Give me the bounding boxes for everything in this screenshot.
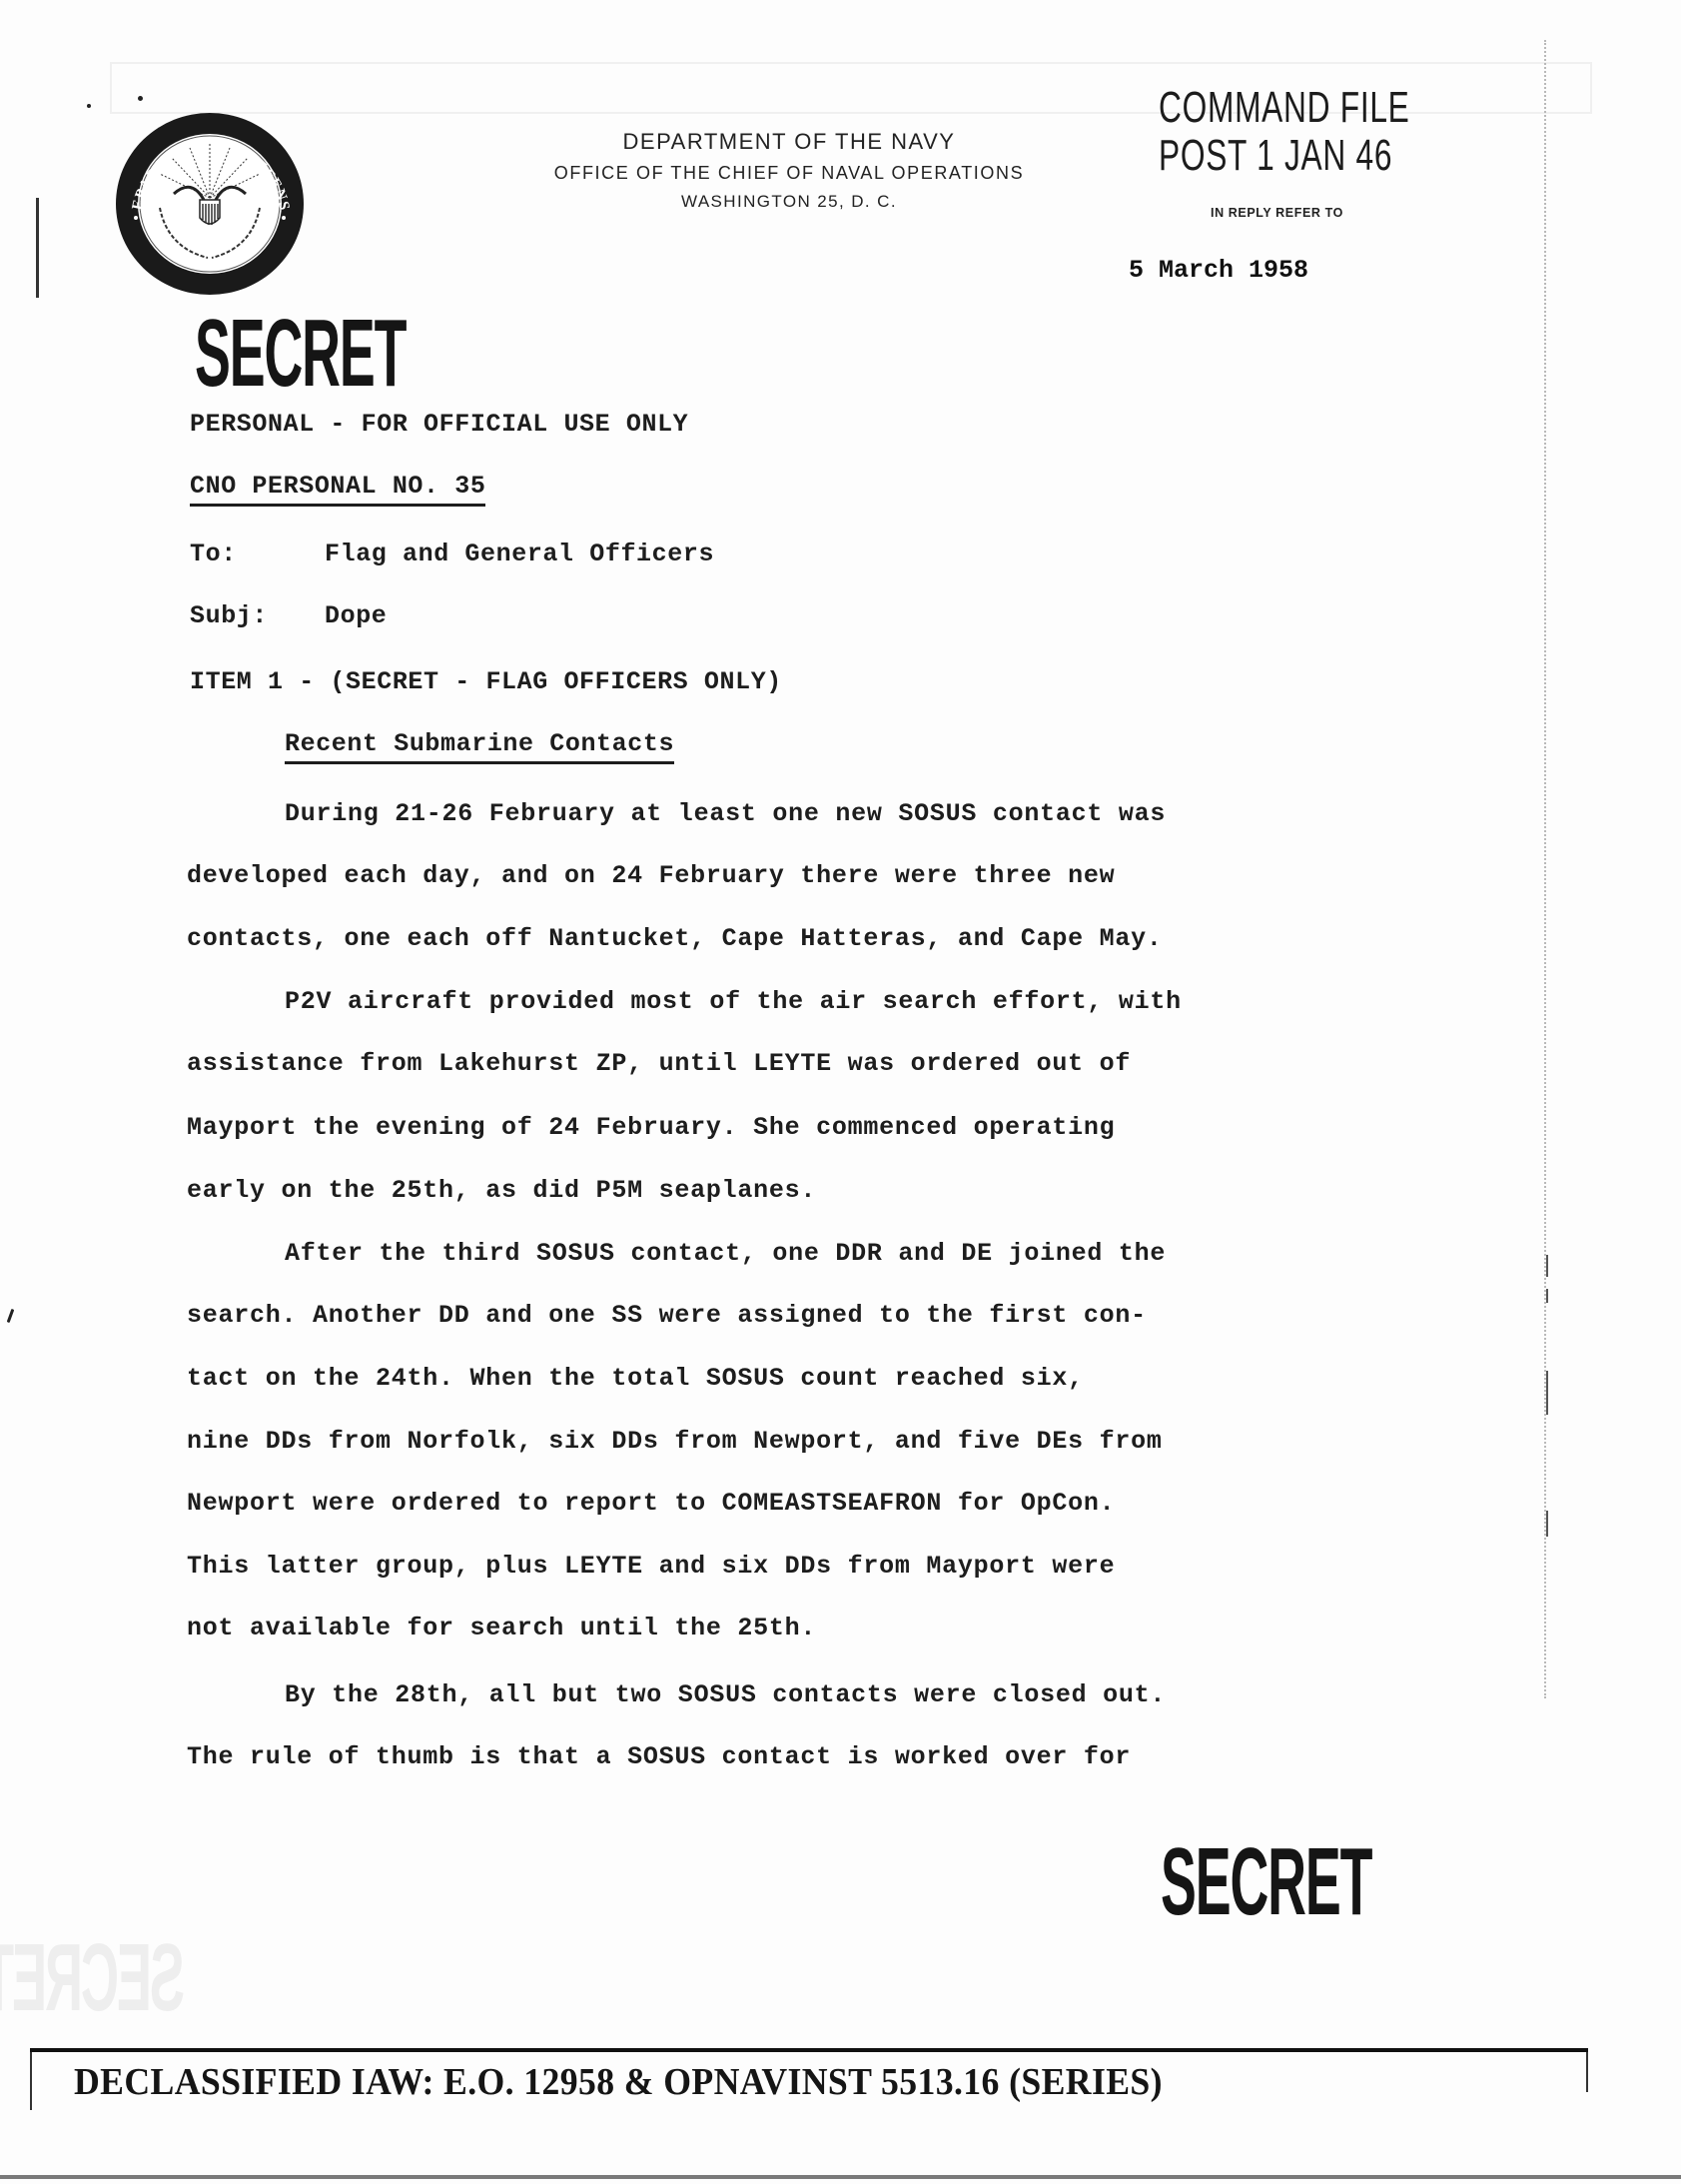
body-line: Newport were ordered to report to COMEAS… [187,1489,1115,1518]
body-line: P2V aircraft provided most of the air se… [285,987,1182,1016]
department-name: DEPARTMENT OF THE NAVY [494,126,1084,158]
body-line: not available for search until the 25th. [187,1614,816,1642]
scan-mark [36,198,39,298]
body-line: tact on the 24th. When the total SOSUS c… [187,1364,1084,1393]
command-file-line: COMMAND FILE [1159,84,1352,132]
scan-bottom-edge [0,2175,1681,2179]
section-title-text: Recent Submarine Contacts [285,729,674,764]
body-line: This latter group, plus LEYTE and six DD… [187,1552,1115,1581]
secret-stamp-bottom: SECRET [1161,1834,1371,1930]
scan-mark [1546,1289,1548,1303]
to-line: To: [190,540,237,568]
body-line: contacts, one each off Nantucket, Cape H… [187,924,1163,953]
body-line: search. Another DD and one SS were assig… [187,1301,1147,1330]
office-address: WASHINGTON 25, D. C. [494,188,1084,216]
memo-number: CNO PERSONAL NO. 35 [190,472,485,501]
scan-mark [1546,1255,1548,1277]
command-file-stamp: COMMAND FILE POST 1 JAN 46 [1159,84,1352,180]
bleed-through-secret-ghost: SECRET [0,1923,185,2033]
declassification-bar: DECLASSIFIED IAW: E.O. 12958 & OPNAVINST… [30,2048,1588,2110]
body-line: nine DDs from Norfolk, six DDs from Newp… [187,1427,1163,1456]
declassification-notice: DECLASSIFIED IAW: E.O. 12958 & OPNAVINST… [74,2060,1163,2104]
subj-label: Subj: [190,601,268,630]
to-value: Flag and General Officers [325,540,714,568]
body-line: After the third SOSUS contact, one DDR a… [285,1239,1166,1268]
memo-number-text: CNO PERSONAL NO. 35 [190,472,485,507]
dod-seal-icon: DEPARTMENT OF DEFENSE UNITED STATES OF A… [112,108,308,300]
scan-edge-noise [1544,40,1550,1698]
scan-mark [1546,1371,1548,1415]
body-line: The rule of thumb is that a SOSUS contac… [187,1742,1131,1771]
scan-mark [1546,1511,1548,1537]
handling-caveat: PERSONAL - FOR OFFICIAL USE ONLY [190,410,688,439]
document-date: 5 March 1958 [1129,256,1308,285]
body-line: Mayport the evening of 24 February. She … [187,1113,1115,1142]
bar-edge [30,2052,32,2110]
body-line: During 21-26 February at least one new S… [285,799,1166,828]
section-title: Recent Submarine Contacts [285,729,674,758]
subj-value: Dope [325,601,387,630]
secret-stamp-top: SECRET [195,306,406,402]
to-label: To: [190,540,237,568]
scan-dot [87,104,91,108]
reply-refer-label: IN REPLY REFER TO [1211,206,1343,220]
bar-edge [1586,2052,1588,2092]
body-line: developed each day, and on 24 February t… [187,861,1115,890]
scan-dot [7,1309,15,1323]
body-line: early on the 25th, as did P5M seaplanes. [187,1176,816,1205]
body-line: By the 28th, all but two SOSUS contacts … [285,1680,1166,1709]
letterhead: DEPARTMENT OF THE NAVY OFFICE OF THE CHI… [494,126,1084,216]
document-page: SECRET DEPARTMENT OF DEFENSE UNITED STAT… [0,0,1681,2184]
command-file-line: POST 1 JAN 46 [1159,132,1352,180]
body-line: assistance from Lakehurst ZP, until LEYT… [187,1049,1131,1078]
scan-dot [138,96,143,101]
item-heading: ITEM 1 - (SECRET - FLAG OFFICERS ONLY) [190,667,782,696]
office-name: OFFICE OF THE CHIEF OF NAVAL OPERATIONS [494,158,1084,188]
